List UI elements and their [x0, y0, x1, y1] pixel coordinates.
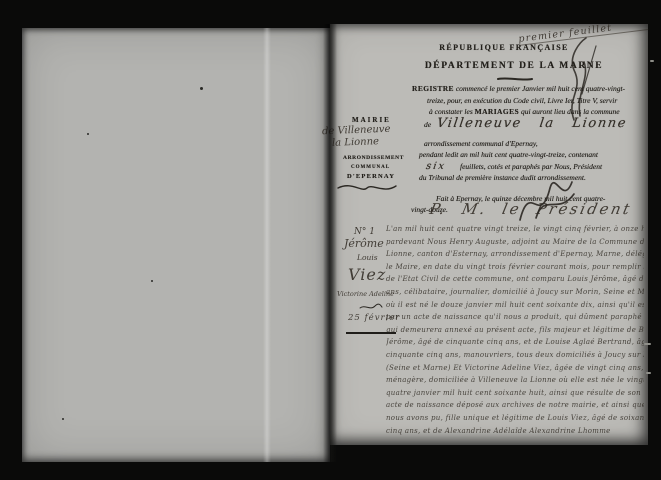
mariages-word: MARIAGES — [475, 107, 519, 116]
right-page-register: premier feuillet RÉPUBLIQUE FRANÇAISE DÉ… — [330, 24, 648, 445]
commune-name-handwritten: Villeneuve la Lionne — [436, 118, 628, 130]
republic-title: RÉPUBLIQUE FRANÇAISE — [429, 43, 579, 52]
ornament-rule-icon — [498, 76, 532, 82]
epernay-label: D'EPERNAY — [347, 173, 395, 180]
act-line: ans, célibataire, journalier, domicilié … — [386, 286, 644, 299]
act-line: de l'Etat Civil de cette commune, ont co… — [386, 273, 644, 286]
act-date: 25 février — [348, 313, 400, 323]
communal-label: COMMUNAL — [351, 165, 390, 170]
declaration-line: REGISTRE commencé le premier Janvier mil… — [412, 83, 652, 95]
act-line: cinquante cinq ans, manouvriers, tous de… — [386, 349, 644, 362]
declaration-line: pendant ledit an mil huit cent quatre-vi… — [419, 149, 652, 161]
act-line: Lionne, canton d'Esternay, arrondissemen… — [386, 248, 644, 261]
act-line: Jérôme, âgé de cinquante cinq ans, et de… — [386, 336, 644, 349]
act-line: où il est né le douze janvier mil huit c… — [386, 299, 644, 312]
mairie-label: MAIRIE — [352, 116, 391, 124]
declaration-line: arrondissement communal d'Epernay, — [424, 138, 652, 150]
act-line: nous avons pu, fille unique et légitime … — [386, 412, 644, 425]
commune-line: deVilleneuve la Lionne — [424, 118, 652, 138]
bride-surname: Viez — [348, 265, 386, 284]
page-speck — [200, 87, 203, 90]
act-number: N° 1 — [354, 227, 375, 237]
margin-underline — [346, 332, 396, 334]
microfilm-scan: premier feuillet RÉPUBLIQUE FRANÇAISE DÉ… — [0, 0, 661, 480]
arrondissement-label: ARRONDISSEMENT — [343, 155, 404, 161]
act-line: quatre janvier mil huit cent soixante hu… — [386, 387, 644, 400]
president-signature-icon — [508, 172, 588, 227]
left-page-blank — [22, 28, 330, 462]
film-scratch — [644, 343, 651, 345]
page-fold-highlight — [263, 28, 271, 462]
act-body-text: L'an mil huit cent quatre vingt treize, … — [386, 223, 644, 437]
commune-margin-handwritten: la Lionne — [332, 136, 379, 149]
groom-surname: Jérôme — [344, 237, 384, 250]
act-line: L'an mil huit cent quatre vingt treize, … — [386, 223, 644, 236]
page-speck — [87, 133, 89, 135]
page-speck — [151, 280, 153, 282]
act-line: cinq ans, et de Alexandrine Adélaïde Ale… — [386, 425, 644, 438]
act-line: ménagère, domiciliée à Villeneuve la Lio… — [386, 374, 644, 387]
act-line: (Seine et Marne) Et Victorine Adeline Vi… — [386, 362, 644, 375]
registre-word: REGISTRE — [412, 84, 454, 93]
feuillet-count-handwritten: six — [425, 161, 447, 173]
book-gutter — [323, 24, 337, 462]
act-line: acte de naissance déposé aux archives de… — [386, 399, 644, 412]
page-speck — [62, 418, 64, 420]
act-line: pardevant Nous Henry Auguste, adjoint au… — [386, 236, 644, 249]
bride-firstnames: Victorine Adeline — [337, 290, 394, 298]
declaration-line: treize, pour, en exécution du Code civil… — [427, 95, 652, 107]
feuillets-line: sixfeuillets, cotés et paraphés par Nous… — [426, 161, 652, 173]
film-scratch — [650, 60, 654, 62]
act-line: le Maire, en date du vingt trois février… — [386, 261, 644, 274]
flourish-rule-icon — [336, 182, 398, 194]
margin-squiggle-icon — [358, 303, 384, 311]
act-line: qui demeurera annexé au présent acte, fi… — [386, 324, 644, 337]
department-title: DÉPARTEMENT DE LA MARNE — [424, 61, 604, 71]
groom-firstname: Louis — [357, 253, 378, 262]
film-scratch — [646, 372, 651, 374]
act-line: par un acte de naissance qu'il nous a pr… — [386, 311, 644, 324]
